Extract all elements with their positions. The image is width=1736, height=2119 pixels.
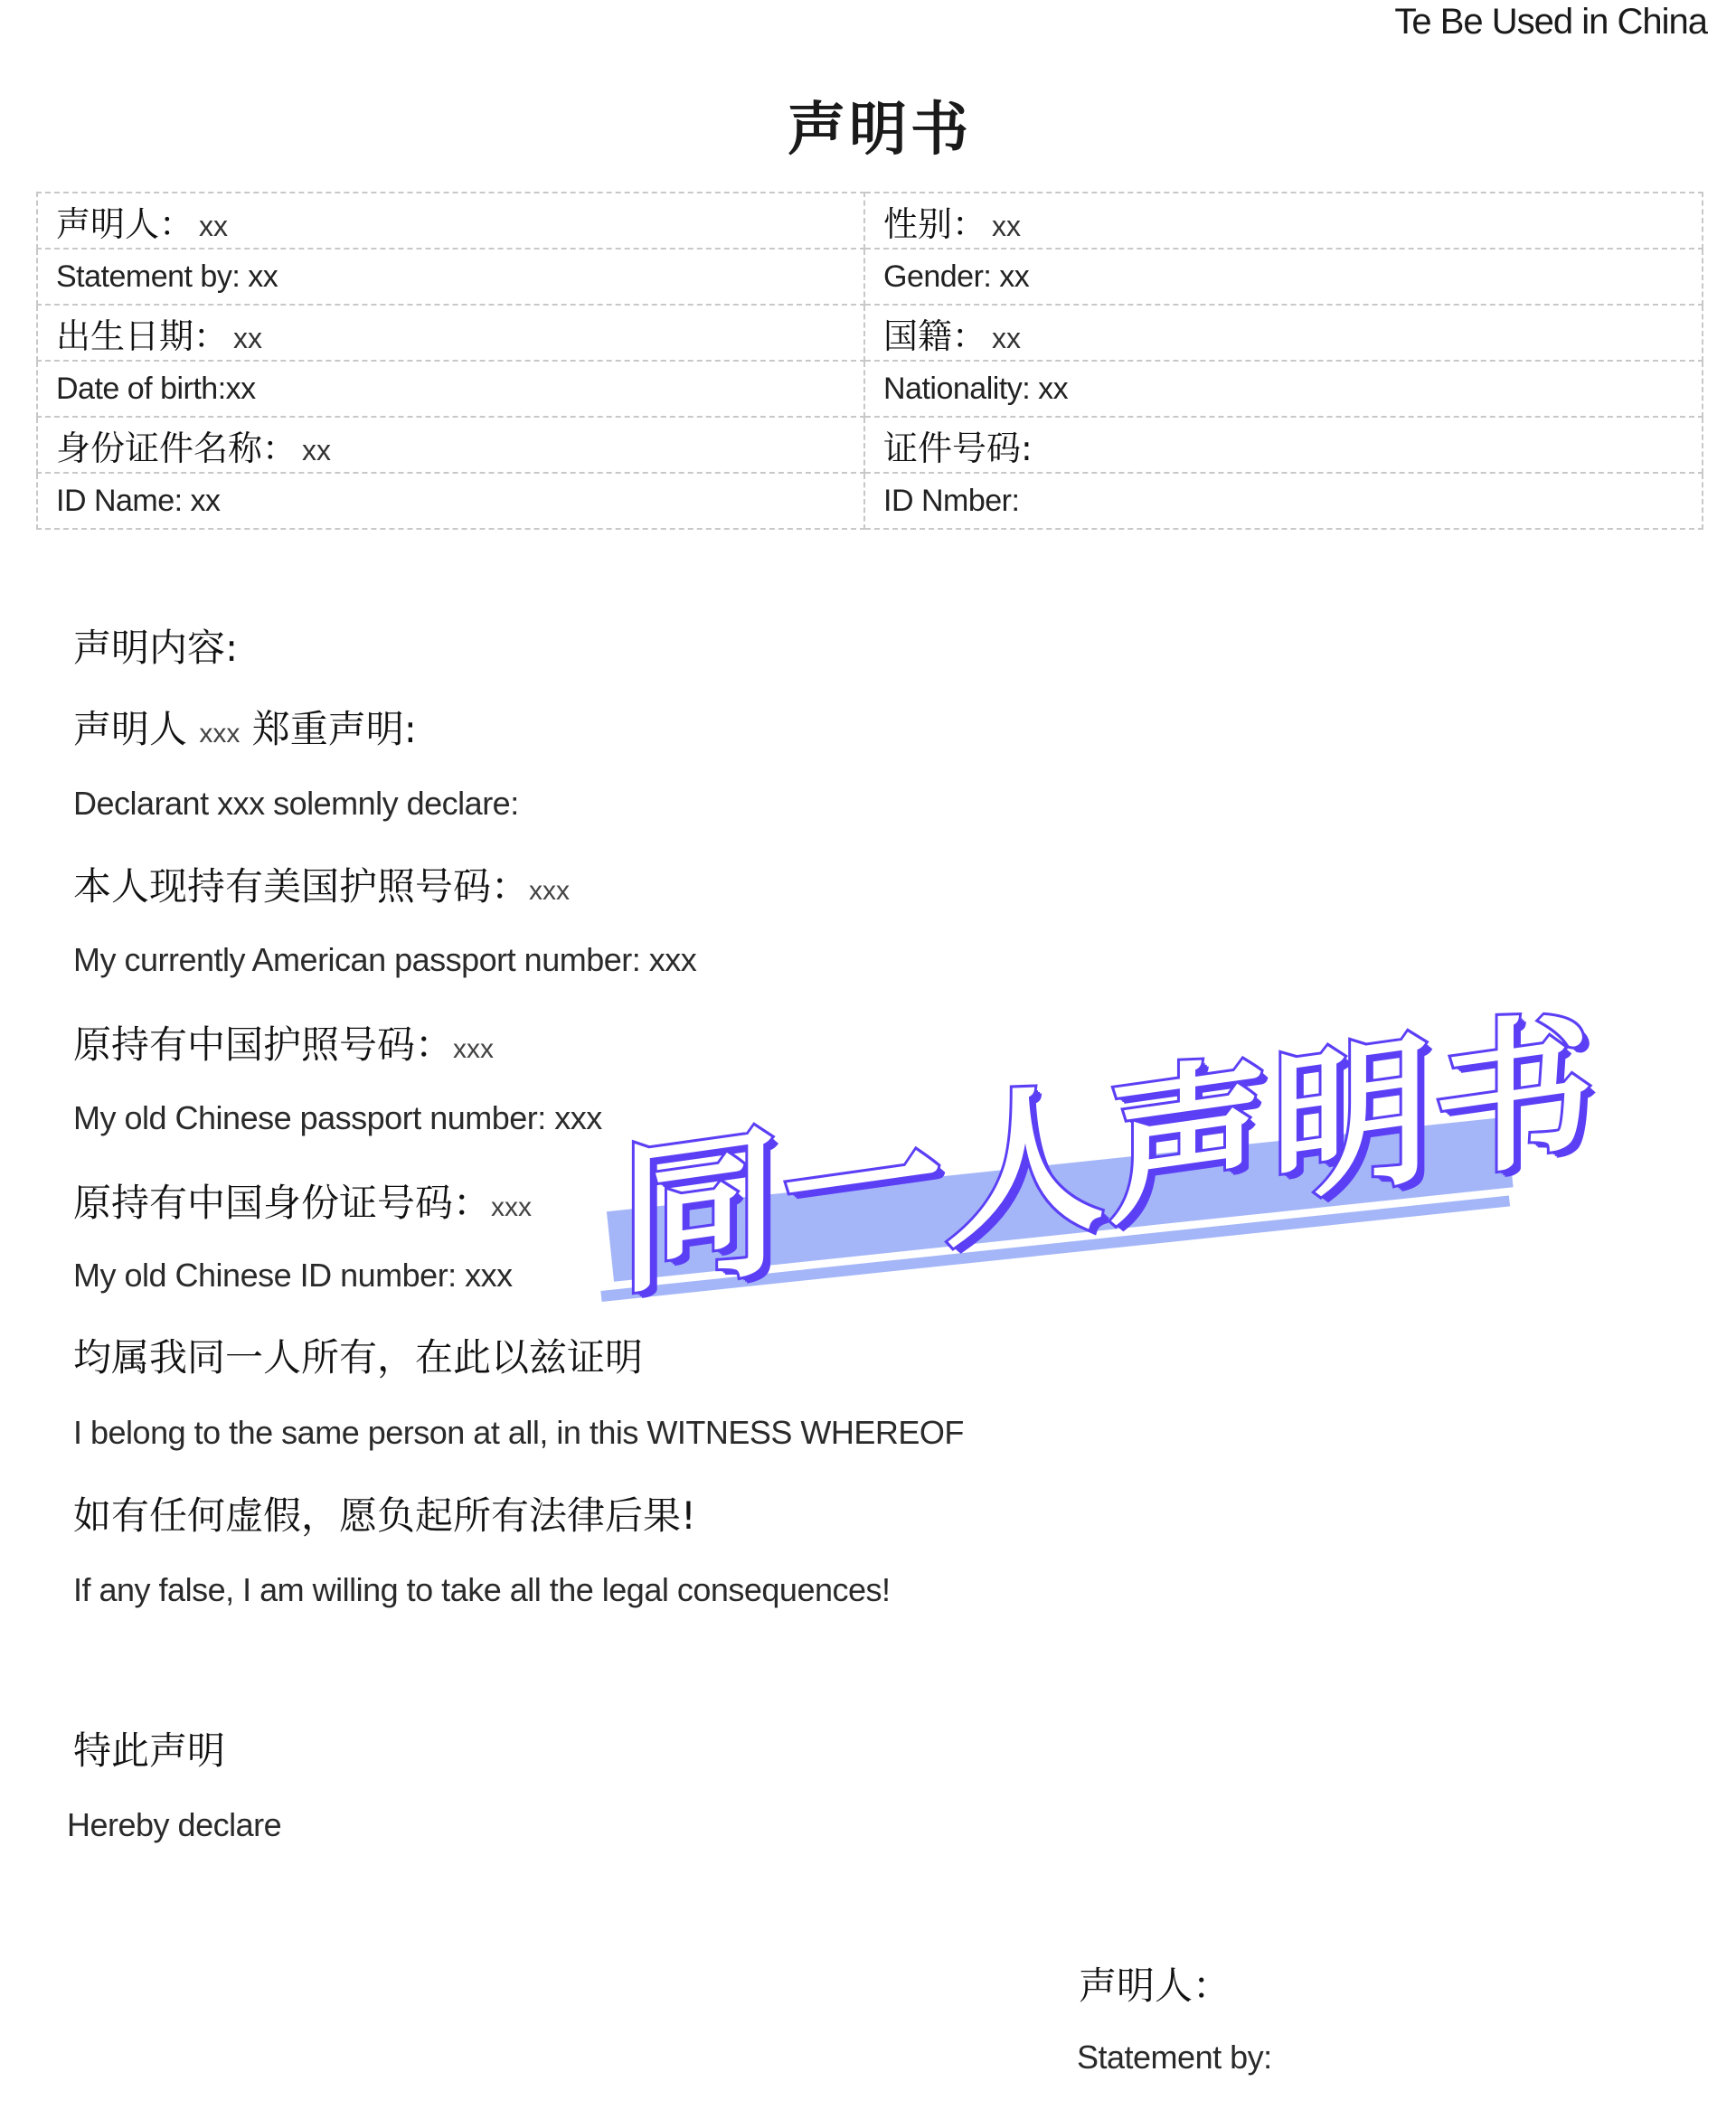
same-person-en: I belong to the same person at all, in t…: [73, 1414, 964, 1452]
gender-zh-cell: 性别：xx: [864, 193, 1703, 249]
table-row: Statement by: xx Gender: xx: [37, 249, 1703, 305]
id-number-en-cell: ID Nmber:: [864, 473, 1703, 529]
id-number-zh-cell: 证件号码:: [864, 417, 1703, 473]
sticker-text: 同一人声明书: [619, 955, 1597, 1325]
field-label: 国籍：: [883, 316, 986, 356]
document-title: 声明书: [0, 83, 1736, 166]
id-name-zh-cell: 身份证件名称：xx: [37, 417, 864, 473]
signature-label-zh: 声明人：: [1079, 1956, 1231, 2011]
field-value: xx: [302, 434, 331, 466]
liability-zh: 如有任何虚假，愿负起所有法律后果!: [73, 1486, 696, 1540]
field-label: 性别：: [883, 204, 986, 244]
gender-en-cell: Gender: xx: [864, 249, 1703, 305]
us-passport-zh: 本人现持有美国护照号码：xxx: [73, 857, 570, 911]
field-value: xx: [992, 322, 1021, 354]
field-value: xxx: [491, 1192, 532, 1222]
usage-note: Te Be Used in China: [1394, 2, 1707, 42]
field-label: 证件号码:: [883, 429, 1033, 468]
field-value: xx: [992, 210, 1021, 242]
content-heading: 声明内容:: [73, 618, 238, 673]
field-value: xxx: [529, 876, 570, 906]
field-label: 本人现持有美国护照号码：: [73, 864, 529, 909]
field-label: 身份证件名称：: [56, 429, 297, 468]
table-row: 身份证件名称：xx 证件号码:: [37, 417, 1703, 473]
cn-id-zh: 原持有中国身份证号码：xxx: [73, 1173, 532, 1228]
liability-en: If any false, I am willing to take all t…: [73, 1571, 891, 1609]
hereby-declare-zh: 特此声明: [73, 1721, 225, 1775]
signature-label-en: Statement by:: [1077, 2039, 1272, 2077]
field-value: xx: [199, 210, 228, 242]
id-name-en-cell: ID Name: xx: [37, 473, 864, 529]
table-row: Date of birth:xx Nationality: xx: [37, 361, 1703, 417]
cn-passport-zh: 原持有中国护照号码：xxx: [73, 1015, 494, 1069]
table-row: ID Name: xx ID Nmber:: [37, 473, 1703, 529]
table-row: 出生日期：xx 国籍：xx: [37, 305, 1703, 361]
birth-date-zh-cell: 出生日期：xx: [37, 305, 864, 361]
cn-id-en: My old Chinese ID number: xxx: [73, 1257, 513, 1295]
field-label: 原持有中国身份证号码：: [73, 1181, 491, 1225]
declaration-zh: 声明人 xxx 郑重声明:: [73, 700, 417, 754]
declarant-placeholder: xxx: [199, 719, 240, 749]
declarant-name-en-cell: Statement by: xx: [37, 249, 864, 305]
field-label: 出生日期：: [56, 316, 228, 356]
title-sticker-overlay: 同一人声明书: [601, 1058, 1551, 1329]
birth-date-en-cell: Date of birth:xx: [37, 361, 864, 417]
same-person-zh: 均属我同一人所有，在此以兹证明: [73, 1328, 643, 1382]
declaration-en: Declarant xxx solemnly declare:: [73, 785, 519, 823]
field-label: 原持有中国护照号码：: [73, 1022, 453, 1067]
field-label: 声明人：: [56, 204, 193, 244]
hereby-declare-en: Hereby declare: [67, 1806, 281, 1844]
declaration-prefix: 声明人: [73, 707, 187, 751]
nationality-en-cell: Nationality: xx: [864, 361, 1703, 417]
us-passport-en: My currently American passport number: x…: [73, 941, 696, 979]
field-value: xxx: [453, 1034, 494, 1064]
declaration-suffix: 郑重声明:: [252, 707, 417, 751]
personal-info-table: 声明人：xx 性别：xx Statement by: xx Gender: xx…: [36, 192, 1703, 530]
field-value: xx: [233, 322, 262, 354]
table-row: 声明人：xx 性别：xx: [37, 193, 1703, 249]
cn-passport-en: My old Chinese passport number: xxx: [73, 1099, 602, 1137]
nationality-zh-cell: 国籍：xx: [864, 305, 1703, 361]
declarant-name-zh-cell: 声明人：xx: [37, 193, 864, 249]
